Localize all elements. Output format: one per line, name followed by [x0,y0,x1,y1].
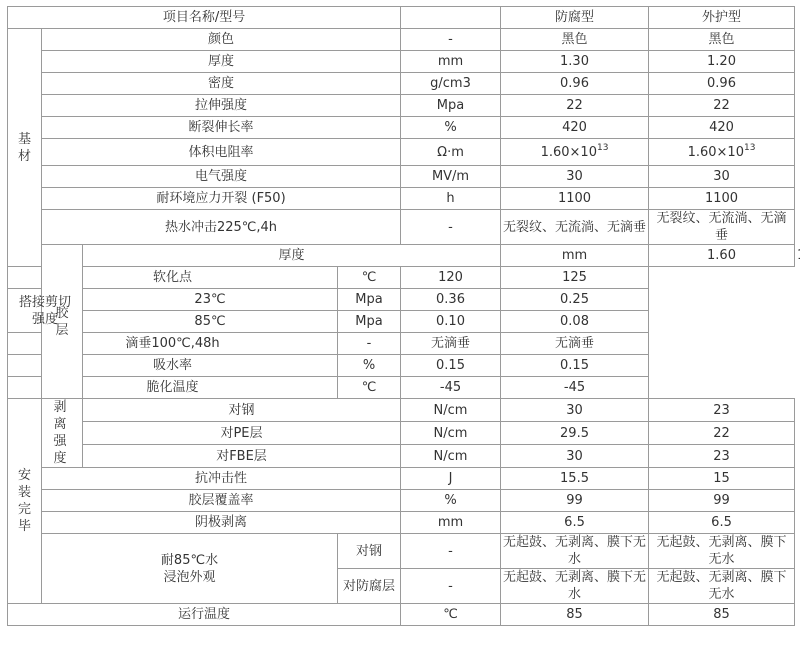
value-protective: 22 [649,95,795,117]
param-unit: Mpa [401,95,501,117]
param-name: 胶层覆盖率 [42,490,401,512]
param-unit: g/cm3 [401,73,501,95]
table-row: 阴极剥离 mm 6.5 6.5 [8,512,795,534]
group-substrate: 基 材 [8,29,42,267]
param-name: 吸水率 [8,355,338,377]
param-unit: - [401,210,501,245]
table-row: 85℃ Mpa 0.10 0.08 [8,311,795,333]
param-unit: mm [401,51,501,73]
value-anticorrosion: 无起鼓、无剥离、膜下无水 [501,569,649,604]
table-row: 密度 g/cm3 0.96 0.96 [8,73,795,95]
group-substrate-label: 基 材 [18,132,31,164]
table-row: 拉伸强度 Mpa 22 22 [8,95,795,117]
value-protective: 无裂纹、无流淌、无滴垂 [649,210,795,245]
value-anticorrosion: 无滴垂 [401,333,501,355]
table-row: 胶 层 厚度 mm 1.60 1.50 [8,245,795,267]
table-row: 对PE层 N/cm 29.5 22 [8,422,795,445]
param-unit: N/cm [401,422,501,445]
value-anticorrosion: 30 [501,166,649,188]
value-protective: -45 [501,377,649,399]
param-unit: Mpa [338,289,401,311]
value-anticorrosion: 30 [501,445,649,468]
param-name: 颜色 [42,29,401,51]
param-name: 抗冲击性 [42,468,401,490]
param-unit: N/cm [401,399,501,422]
param-name: 软化点 [8,267,338,289]
table-row: 运行温度 ℃ 85 85 [8,604,795,626]
value-protective: 125 [501,267,649,289]
value-anticorrosion: 22 [501,95,649,117]
param-sub-condition: 对防腐层 [338,569,401,604]
table-row: 热水冲击225℃,4h - 无裂纹、无流淌、无滴垂 无裂纹、无流淌、无滴垂 [8,210,795,245]
value-protective: 0.25 [501,289,649,311]
param-unit: - [401,534,501,569]
value-protective: 6.5 [649,512,795,534]
table-row: 脆化温度 ℃ -45 -45 [8,377,795,399]
value-anticorrosion: 1.60×1013 [501,139,649,166]
value-exponent: 13 [597,143,608,153]
spec-table: 项目名称/型号 防腐型 外护型 基 材 颜色 - 黑色 黑色 厚度 mm 1.3… [7,6,795,626]
header-item-label: 项目名称/型号 [8,7,401,29]
param-name: 厚度 [83,245,501,267]
param-unit: - [401,569,501,604]
value-protective: 1.20 [649,51,795,73]
value-protective: 23 [649,399,795,422]
value-protective: 1.60×1013 [649,139,795,166]
param-name: 体积电阻率 [42,139,401,166]
value-protective: 1100 [649,188,795,210]
param-sub-condition: 对钢 [338,534,401,569]
value-exponent: 13 [744,143,755,153]
value-protective: 99 [649,490,795,512]
param-name: 电气强度 [42,166,401,188]
param-name: 阴极剥离 [42,512,401,534]
peel-strength-label: 剥 离 强 度 [42,399,83,468]
value-anticorrosion: 1.60 [649,245,795,267]
param-unit: % [338,355,401,377]
value-base: 1.60×10 [541,145,597,160]
table-row: 搭接剪切 强度 23℃ Mpa 0.36 0.25 [8,289,795,311]
group-installed-label: 安 装 完 毕 [18,468,31,534]
value-anticorrosion: 无裂纹、无流淌、无滴垂 [501,210,649,245]
param-unit: ℃ [401,604,501,626]
param-name: 对FBE层 [83,445,401,468]
value-protective: 0.96 [649,73,795,95]
table-row: 吸水率 % 0.15 0.15 [8,355,795,377]
table-row: 对FBE层 N/cm 30 23 [8,445,795,468]
param-name: 热水冲击225℃,4h [42,210,401,245]
param-name: 断裂伸长率 [42,117,401,139]
header-unit-blank [401,7,501,29]
value-anticorrosion: 0.36 [401,289,501,311]
param-name: 厚度 [42,51,401,73]
value-anticorrosion: 6.5 [501,512,649,534]
param-unit: N/cm [401,445,501,468]
header-row: 项目名称/型号 防腐型 外护型 [8,7,795,29]
param-name-immersion: 耐85℃水 浸泡外观 [42,534,338,604]
param-unit: J [401,468,501,490]
value-anticorrosion: 0.96 [501,73,649,95]
value-anticorrosion: 29.5 [501,422,649,445]
value-protective: 0.15 [501,355,649,377]
param-name: 拉伸强度 [42,95,401,117]
table-row: 安 装 完 毕 剥 离 强 度 对钢 N/cm 30 23 [8,399,795,422]
param-name: 对PE层 [83,422,401,445]
table-row: 电气强度 MV/m 30 30 [8,166,795,188]
param-name: 脆化温度 [8,377,338,399]
value-protective: 23 [649,445,795,468]
param-unit: Ω·m [401,139,501,166]
param-unit: h [401,188,501,210]
param-unit: ℃ [338,267,401,289]
header-anticorrosion: 防腐型 [501,7,649,29]
table-row: 基 材 颜色 - 黑色 黑色 [8,29,795,51]
table-row: 胶层覆盖率 % 99 99 [8,490,795,512]
param-unit: - [401,29,501,51]
param-name-shear: 搭接剪切 强度 [8,289,83,333]
value-protective: 15 [649,468,795,490]
value-protective: 22 [649,422,795,445]
table-row: 体积电阻率 Ω·m 1.60×1013 1.60×1013 [8,139,795,166]
param-unit: MV/m [401,166,501,188]
param-unit: - [338,333,401,355]
value-protective: 85 [649,604,795,626]
table-row: 耐环境应力开裂 (F50) h 1100 1100 [8,188,795,210]
value-anticorrosion: 0.15 [401,355,501,377]
param-name: 耐环境应力开裂 (F50) [42,188,401,210]
value-anticorrosion: 99 [501,490,649,512]
value-anticorrosion: 120 [401,267,501,289]
table-row: 厚度 mm 1.30 1.20 [8,51,795,73]
param-unit: % [401,490,501,512]
param-unit: ℃ [338,377,401,399]
param-unit: mm [501,245,649,267]
table-row: 滴垂100℃,48h - 无滴垂 无滴垂 [8,333,795,355]
param-unit: % [401,117,501,139]
value-anticorrosion: 1.30 [501,51,649,73]
param-unit: mm [401,512,501,534]
param-name: 密度 [42,73,401,95]
value-anticorrosion: 15.5 [501,468,649,490]
value-protective: 0.08 [501,311,649,333]
param-name: 运行温度 [8,604,401,626]
param-sub-condition: 85℃ [83,311,338,333]
group-installed: 安 装 完 毕 [8,399,42,604]
value-protective: 黑色 [649,29,795,51]
value-protective: 420 [649,117,795,139]
value-anticorrosion: -45 [401,377,501,399]
param-name: 对钢 [83,399,401,422]
value-protective: 无起鼓、无剥离、膜下无水 [649,569,795,604]
value-anticorrosion: 30 [501,399,649,422]
value-anticorrosion: 0.10 [401,311,501,333]
value-anticorrosion: 85 [501,604,649,626]
param-sub-condition: 23℃ [83,289,338,311]
table-row: 耐85℃水 浸泡外观 对钢 - 无起鼓、无剥离、膜下无水 无起鼓、无剥离、膜下无… [8,534,795,569]
value-anticorrosion: 420 [501,117,649,139]
value-anticorrosion: 1100 [501,188,649,210]
header-protective: 外护型 [649,7,795,29]
table-row: 抗冲击性 J 15.5 15 [8,468,795,490]
param-unit: Mpa [338,311,401,333]
value-protective: 无起鼓、无剥离、膜下无水 [649,534,795,569]
value-anticorrosion: 无起鼓、无剥离、膜下无水 [501,534,649,569]
value-protective: 30 [649,166,795,188]
value-anticorrosion: 黑色 [501,29,649,51]
value-base: 1.60×10 [688,145,744,160]
table-row: 软化点 ℃ 120 125 [8,267,795,289]
table-row: 断裂伸长率 % 420 420 [8,117,795,139]
value-protective: 无滴垂 [501,333,649,355]
